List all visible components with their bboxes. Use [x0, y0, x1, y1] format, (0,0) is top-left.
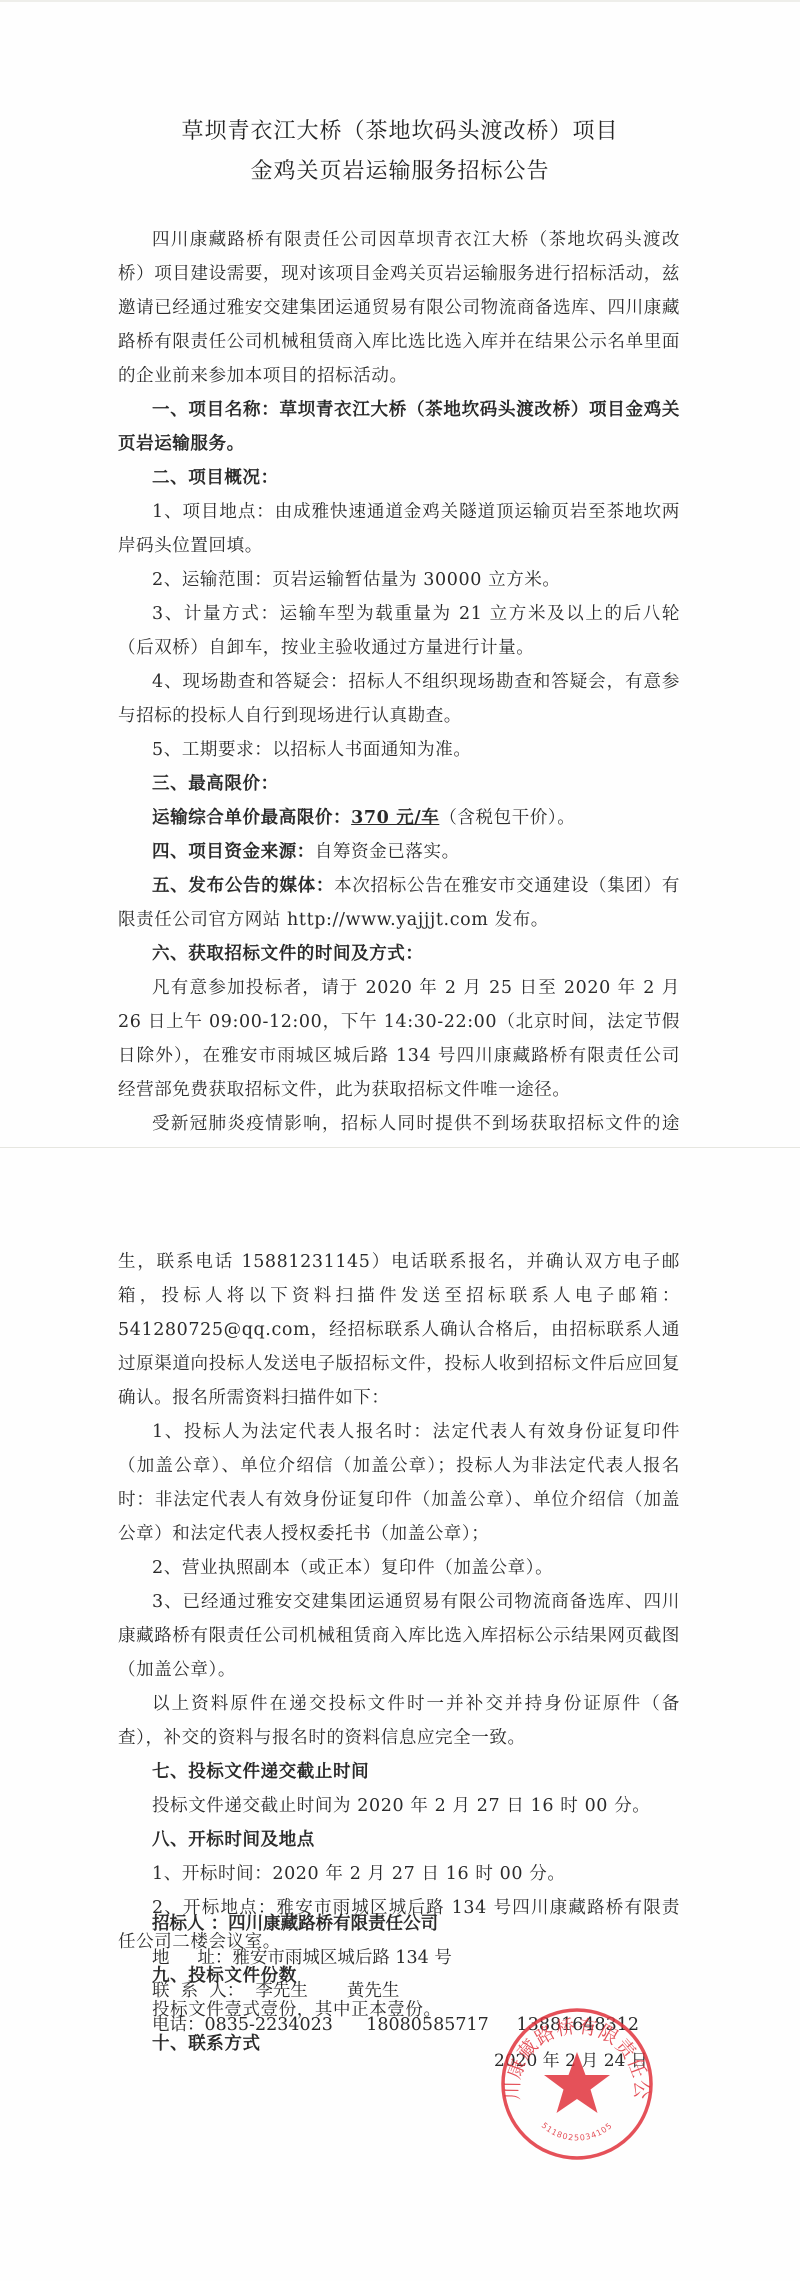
document-title-line-1: 草坝青衣江大桥（茶地坎码头渡改桥）项目 — [0, 114, 800, 145]
section-4-heading: 四、项目资金来源： — [152, 842, 315, 862]
section-6-heading: 六、获取招标文件的时间及方式： — [118, 937, 680, 971]
section-7-heading: 七、投标文件递交截止时间 — [118, 1755, 680, 1789]
section-6-item-2: 2、营业执照副本（或正本）复印件（加盖公章）。 — [118, 1551, 680, 1585]
section-7-text: 投标文件递交截止时间为 2020 年 2 月 27 日 16 时 00 分。 — [118, 1789, 680, 1823]
section-2-item-1: 1、项目地点：由成雅快速通道金鸡关隧道顶运输页岩至茶地坎两岸码头位置回填。 — [118, 495, 680, 563]
contact-address: 地 址：雅安市雨城区城后路 134 号 — [152, 1942, 639, 1976]
section-1: 一、项目名称：草坝青衣江大桥（茶地坎码头渡改桥）项目金鸡关页岩运输服务。 — [118, 393, 680, 461]
document-title-line-2: 金鸡关页岩运输服务招标公告 — [0, 154, 800, 185]
star-icon — [544, 2052, 610, 2113]
price-note: （含税包干价）。 — [439, 808, 575, 828]
section-2-item-3: 3、计量方式：运输车型为载重量为 21 立方米及以上的后八轮（后双桥）自卸车，按… — [118, 597, 680, 665]
price-label: 运输综合单价最高限价： — [152, 808, 351, 828]
stamp-code: 5118025034105 — [540, 2121, 615, 2143]
section-4-text: 自筹资金已落实。 — [315, 842, 460, 862]
section-8-heading: 八、开标时间及地点 — [118, 1823, 680, 1857]
section-6-item-3: 3、已经通过雅安交建集团运通贸易有限公司物流商备选库、四川康藏路桥有限责任公司机… — [118, 1585, 680, 1687]
section-3-heading: 三、最高限价： — [118, 767, 680, 801]
section-2-heading: 二、项目概况： — [118, 461, 680, 495]
section-6-item-1: 1、投标人为法定代表人报名时：法定代表人有效身份证复印件（加盖公章）、单位介绍信… — [118, 1415, 680, 1551]
section-5: 五、发布公告的媒体：本次招标公告在雅安市交通建设（集团）有限责任公司官方网站 h… — [118, 869, 680, 937]
section-6-paragraph-1: 凡有意参加投标者，请于 2020 年 2 月 25 日至 2020 年 2 月 … — [118, 971, 680, 1107]
section-8-item-1: 1、开标时间：2020 年 2 月 27 日 16 时 00 分。 — [118, 1857, 680, 1891]
section-6-note: 以上资料原件在递交投标文件时一并补交并持身份证原件（备查），补交的资料与报名时的… — [118, 1687, 680, 1755]
section-2-item-4: 4、现场勘查和答疑会：招标人不组织现场勘查和答疑会，有意参与招标的投标人自行到现… — [118, 665, 680, 733]
section-2-item-2: 2、运输范围：页岩运输暂估量为 30000 立方米。 — [118, 563, 680, 597]
contact-tenderer: 招标人 ：四川康藏路桥有限责任公司 — [152, 1908, 639, 1942]
section-6-paragraph-2-continued: 生，联系电话 15881231145）电话联系报名，并确认双方电子邮箱，投标人将… — [118, 1245, 680, 1415]
intro-paragraph: 四川康藏路桥有限责任公司因草坝青衣江大桥（茶地坎码头渡改桥）项目建设需要，现对该… — [118, 223, 680, 393]
document-page-1: 草坝青衣江大桥（茶地坎码头渡改桥）项目 金鸡关页岩运输服务招标公告 四川康藏路桥… — [0, 0, 800, 1147]
document-body-page-1: 四川康藏路桥有限责任公司因草坝青衣江大桥（茶地坎码头渡改桥）项目建设需要，现对该… — [118, 223, 680, 1209]
svg-text:5118025034105: 5118025034105 — [540, 2121, 615, 2143]
contact-persons: 联 系 人： 李先生 黄先生 — [152, 1975, 639, 2009]
section-3-price-line: 运输综合单价最高限价：370 元/车（含税包干价）。 — [118, 801, 680, 835]
section-1-heading: 一、项目名称： — [152, 400, 279, 420]
section-5-heading: 五、发布公告的媒体： — [152, 876, 334, 896]
section-4: 四、项目资金来源：自筹资金已落实。 — [118, 835, 680, 869]
section-2-item-5: 5、工期要求：以招标人书面通知为准。 — [118, 733, 680, 767]
company-seal-stamp: 四川康藏路桥有限责任公司 5118025034105 — [499, 2006, 655, 2162]
max-price: 370 元/车 — [351, 808, 439, 828]
